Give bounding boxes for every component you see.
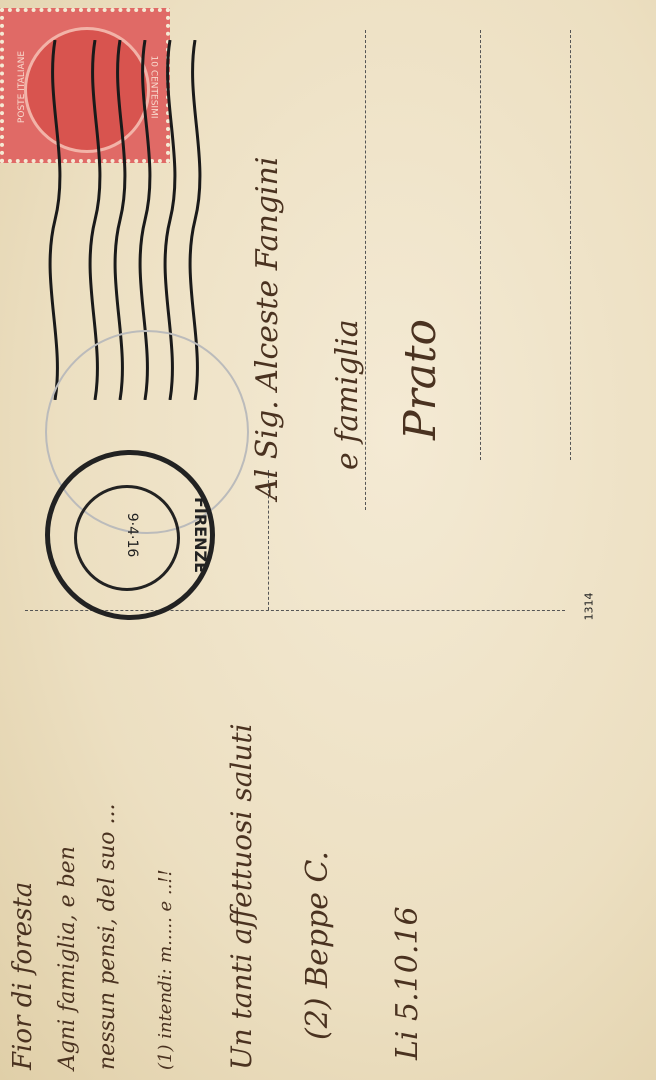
address-line-3: Prato — [395, 319, 446, 440]
card-number: 1314 — [583, 593, 596, 621]
address-line — [365, 30, 366, 510]
postmark: FIRENZE 9·4·16 — [45, 450, 215, 620]
message-line: Un tanti affettuosi saluti — [225, 723, 258, 1070]
address-line — [480, 30, 481, 460]
postmark-date: 9·4·16 — [124, 455, 140, 615]
postcard: POSTE ITALIANE 10 CENTESIMI FIRENZE 9·4·… — [0, 0, 656, 1080]
message-line: (2) Beppe C. — [300, 851, 335, 1040]
postmark-city: FIRENZE — [191, 455, 210, 615]
message-line: Fior di foresta — [8, 882, 38, 1070]
message-line: Li 5.10.16 — [390, 906, 425, 1060]
address-line — [570, 30, 571, 460]
stamp-country: POSTE ITALIANE — [17, 51, 27, 123]
message-line: nessun pensi, del suo ... — [95, 804, 120, 1071]
address-line-2: e famiglia — [330, 319, 365, 470]
address-line-1: Al Sig. Alceste Fangini — [250, 157, 285, 500]
message-line: Agni famiglia, e ben — [55, 846, 80, 1070]
message-line: (1) intendi: m..... e ..!! — [155, 869, 176, 1070]
